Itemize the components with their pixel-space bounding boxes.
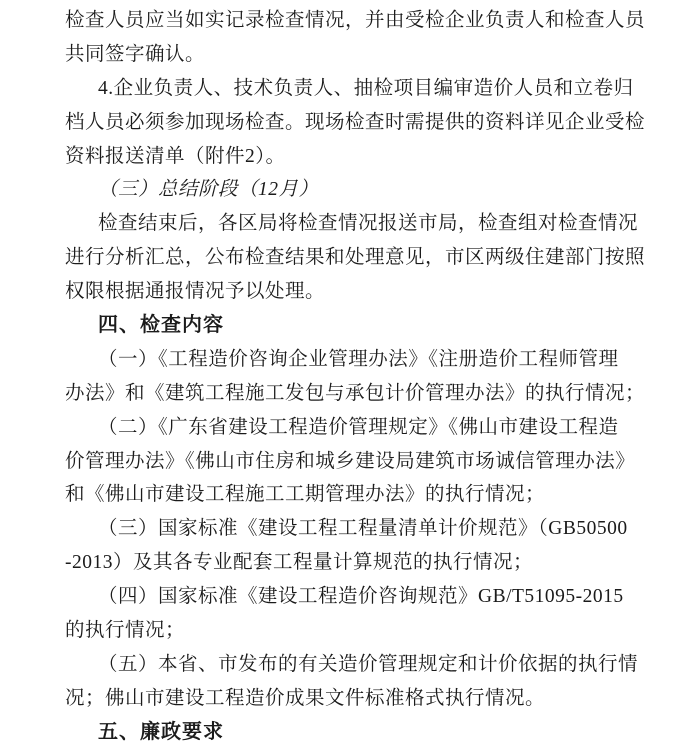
document-page: 检查人员应当如实记录检查情况，并由受检企业负责人和检查人员 共同签字确认。 4.… bbox=[0, 0, 700, 750]
text-line: 权限根据通报情况予以处理。 bbox=[65, 275, 644, 309]
text-line: 况；佛山市建设工程造价成果文件标准格式执行情况。 bbox=[65, 682, 644, 716]
subsection-heading: （三）总结阶段（12月） bbox=[65, 173, 644, 207]
section-heading: 五、廉政要求 bbox=[65, 716, 644, 750]
text-line: （五）本省、市发布的有关造价管理规定和计价依据的执行情 bbox=[65, 648, 644, 682]
text-line: （二）《广东省建设工程造价管理规定》《佛山市建设工程造 bbox=[65, 411, 644, 445]
text-line: 共同签字确认。 bbox=[65, 38, 644, 72]
text-line: 办法》和《建筑工程施工发包与承包计价管理办法》的执行情况； bbox=[65, 377, 644, 411]
text-line: -2013）及其各专业配套工程量计算规范的执行情况； bbox=[65, 546, 644, 580]
text-line: 资料报送清单（附件2）。 bbox=[65, 140, 644, 174]
text-line: 的执行情况； bbox=[65, 614, 644, 648]
text-line: 价管理办法》《佛山市住房和城乡建设局建筑市场诚信管理办法》 bbox=[65, 445, 644, 479]
text-line: 进行分析汇总，公布检查结果和处理意见，市区两级住建部门按照 bbox=[65, 241, 644, 275]
text-line: 检查人员应当如实记录检查情况，并由受检企业负责人和检查人员 bbox=[65, 4, 644, 38]
text-line: （四）国家标准《建设工程造价咨询规范》GB/T51095-2015 bbox=[65, 580, 644, 614]
section-heading: 四、检查内容 bbox=[65, 309, 644, 343]
text-line: 4.企业负责人、技术负责人、抽检项目编审造价人员和立卷归 bbox=[65, 72, 644, 106]
text-line: 检查结束后，各区局将检查情况报送市局，检查组对检查情况 bbox=[65, 207, 644, 241]
text-line: （三）国家标准《建设工程工程量清单计价规范》（GB50500 bbox=[65, 512, 644, 546]
text-line: 和《佛山市建设工程施工工期管理办法》的执行情况； bbox=[65, 478, 644, 512]
text-line: （一）《工程造价咨询企业管理办法》《注册造价工程师管理 bbox=[65, 343, 644, 377]
text-line: 档人员必须参加现场检查。现场检查时需提供的资料详见企业受检 bbox=[65, 106, 644, 140]
